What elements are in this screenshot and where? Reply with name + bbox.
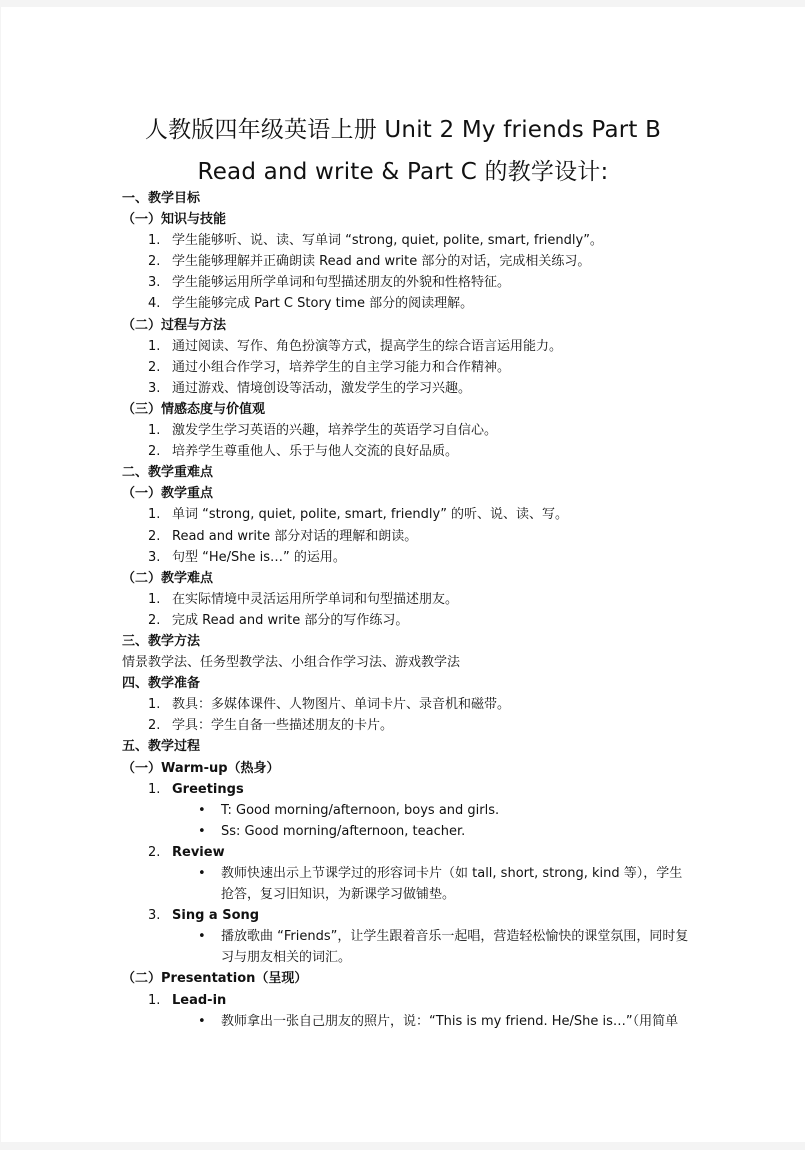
- step-item: 3.Sing a Song: [122, 905, 702, 926]
- bullet-icon: •: [198, 821, 206, 842]
- list-item-text: 通过游戏、情境创设等活动，激发学生的学习兴趣。: [172, 378, 471, 399]
- bullet-text: T: Good morning/afternoon, boys and girl…: [221, 800, 691, 821]
- list-number: 2.: [148, 251, 160, 272]
- list-item: 1.单词 “strong, quiet, polite, smart, frie…: [122, 504, 702, 525]
- list-item-text: 学生能够理解并正确朗读 Read and write 部分的对话，完成相关练习。: [172, 251, 590, 272]
- list-item-text: 学生能够完成 Part C Story time 部分的阅读理解。: [172, 293, 473, 314]
- document-title-line-1: 人教版四年级英语上册 Unit 2 My friends Part B: [1, 111, 805, 144]
- subsection-heading-warm-up: （一）Warm-up（热身）: [122, 758, 702, 779]
- list-number: 2.: [148, 610, 160, 631]
- list-item: 3.学生能够运用所学单词和句型描述朋友的外貌和性格特征。: [122, 272, 702, 293]
- list-number: 1.: [148, 990, 160, 1011]
- list-number: 3.: [148, 547, 160, 568]
- subsection-heading-key-points: （一）教学重点: [122, 483, 702, 504]
- list-number: 1.: [148, 694, 160, 715]
- bullet-icon: •: [198, 1011, 206, 1032]
- list-item: 2.Read and write 部分对话的理解和朗读。: [122, 526, 702, 547]
- list-item-text: 教具：多媒体课件、人物图片、单词卡片、录音机和磁带。: [172, 694, 510, 715]
- list-item-text: 激发学生学习英语的兴趣，培养学生的英语学习自信心。: [172, 420, 497, 441]
- list-number: 1.: [148, 779, 160, 800]
- bullet-item: •教师拿出一张自己朋友的照片，说：“This is my friend. He/…: [122, 1011, 702, 1032]
- subsection-heading-attitudes-values: （三）情感态度与价值观: [122, 399, 702, 420]
- subsection-heading-process-methods: （二）过程与方法: [122, 315, 702, 336]
- document-title-line-2: Read and write & Part C 的教学设计:: [1, 153, 805, 186]
- list-number: 4.: [148, 293, 160, 314]
- bullet-item: •播放歌曲 “Friends”，让学生跟着音乐一起唱，营造轻松愉快的课堂氛围，同…: [122, 926, 702, 968]
- list-number: 3.: [148, 272, 160, 293]
- list-item-text: 培养学生尊重他人、乐于与他人交流的良好品质。: [172, 441, 458, 462]
- list-item: 1.学生能够听、说、读、写单词 “strong, quiet, polite, …: [122, 230, 702, 251]
- list-number: 3.: [148, 378, 160, 399]
- step-label: Sing a Song: [172, 905, 259, 926]
- bullet-icon: •: [198, 926, 206, 947]
- step-label: Greetings: [172, 779, 244, 800]
- bullet-icon: •: [198, 800, 206, 821]
- subsection-heading-difficult-points: （二）教学难点: [122, 568, 702, 589]
- list-number: 1.: [148, 504, 160, 525]
- document-page: 人教版四年级英语上册 Unit 2 My friends Part B Read…: [1, 7, 805, 1142]
- list-item-text: Read and write 部分对话的理解和朗读。: [172, 526, 417, 547]
- step-label: Lead-in: [172, 990, 226, 1011]
- list-item: 1.通过阅读、写作、角色扮演等方式，提高学生的综合语言运用能力。: [122, 336, 702, 357]
- list-number: 1.: [148, 230, 160, 251]
- list-number: 2.: [148, 842, 160, 863]
- bullet-item: •T: Good morning/afternoon, boys and gir…: [122, 800, 702, 821]
- list-number: 1.: [148, 336, 160, 357]
- list-item-text: 学生能够听、说、读、写单词 “strong, quiet, polite, sm…: [172, 230, 603, 251]
- list-item: 1.激发学生学习英语的兴趣，培养学生的英语学习自信心。: [122, 420, 702, 441]
- section-heading-key-difficult-points: 二、教学重难点: [122, 462, 702, 483]
- list-number: 1.: [148, 589, 160, 610]
- list-number: 2.: [148, 441, 160, 462]
- list-item: 2.学生能够理解并正确朗读 Read and write 部分的对话，完成相关练…: [122, 251, 702, 272]
- section-heading-preparation: 四、教学准备: [122, 673, 702, 694]
- list-number: 3.: [148, 905, 160, 926]
- list-item-text: 句型 “He/She is…” 的运用。: [172, 547, 346, 568]
- step-item: 1.Greetings: [122, 779, 702, 800]
- list-item-text: 通过阅读、写作、角色扮演等方式，提高学生的综合语言运用能力。: [172, 336, 562, 357]
- list-item-text: 学生能够运用所学单词和句型描述朋友的外貌和性格特征。: [172, 272, 510, 293]
- list-item-text: 单词 “strong, quiet, polite, smart, friend…: [172, 504, 568, 525]
- list-item-text: 学具：学生自备一些描述朋友的卡片。: [172, 715, 393, 736]
- list-item: 2.培养学生尊重他人、乐于与他人交流的良好品质。: [122, 441, 702, 462]
- bullet-item: •教师快速出示上节课学过的形容词卡片（如 tall, short, strong…: [122, 863, 702, 905]
- subsection-heading-presentation: （二）Presentation（呈现）: [122, 968, 702, 989]
- list-number: 1.: [148, 420, 160, 441]
- list-item: 2.通过小组合作学习，培养学生的自主学习能力和合作精神。: [122, 357, 702, 378]
- list-item: 2.学具：学生自备一些描述朋友的卡片。: [122, 715, 702, 736]
- bullet-item: •Ss: Good morning/afternoon, teacher.: [122, 821, 702, 842]
- list-item-text: 通过小组合作学习，培养学生的自主学习能力和合作精神。: [172, 357, 510, 378]
- list-item: 1.教具：多媒体课件、人物图片、单词卡片、录音机和磁带。: [122, 694, 702, 715]
- list-item-text: 完成 Read and write 部分的写作练习。: [172, 610, 408, 631]
- section-heading-objectives: 一、教学目标: [122, 188, 702, 209]
- list-item-text: 在实际情境中灵活运用所学单词和句型描述朋友。: [172, 589, 458, 610]
- bullet-text: 播放歌曲 “Friends”，让学生跟着音乐一起唱，营造轻松愉快的课堂氛围，同时…: [221, 926, 691, 968]
- bullet-text: 教师快速出示上节课学过的形容词卡片（如 tall, short, strong,…: [221, 863, 691, 905]
- step-item: 2.Review: [122, 842, 702, 863]
- methods-text: 情景教学法、任务型教学法、小组合作学习法、游戏教学法: [122, 652, 702, 673]
- list-number: 2.: [148, 357, 160, 378]
- list-number: 2.: [148, 526, 160, 547]
- bullet-text: 教师拿出一张自己朋友的照片，说：“This is my friend. He/S…: [221, 1011, 678, 1032]
- list-number: 2.: [148, 715, 160, 736]
- list-item: 3.通过游戏、情境创设等活动，激发学生的学习兴趣。: [122, 378, 702, 399]
- list-item: 3.句型 “He/She is…” 的运用。: [122, 547, 702, 568]
- step-label: Review: [172, 842, 225, 863]
- list-item: 1.在实际情境中灵活运用所学单词和句型描述朋友。: [122, 589, 702, 610]
- list-item: 4.学生能够完成 Part C Story time 部分的阅读理解。: [122, 293, 702, 314]
- list-item: 2.完成 Read and write 部分的写作练习。: [122, 610, 702, 631]
- step-item: 1.Lead-in: [122, 990, 702, 1011]
- subsection-heading-knowledge-skills: （一）知识与技能: [122, 209, 702, 230]
- bullet-text: Ss: Good morning/afternoon, teacher.: [221, 821, 691, 842]
- section-heading-teaching-process: 五、教学过程: [122, 736, 702, 757]
- bullet-icon: •: [198, 863, 206, 884]
- document-body: 一、教学目标 （一）知识与技能 1.学生能够听、说、读、写单词 “strong,…: [122, 188, 702, 1032]
- section-heading-methods: 三、教学方法: [122, 631, 702, 652]
